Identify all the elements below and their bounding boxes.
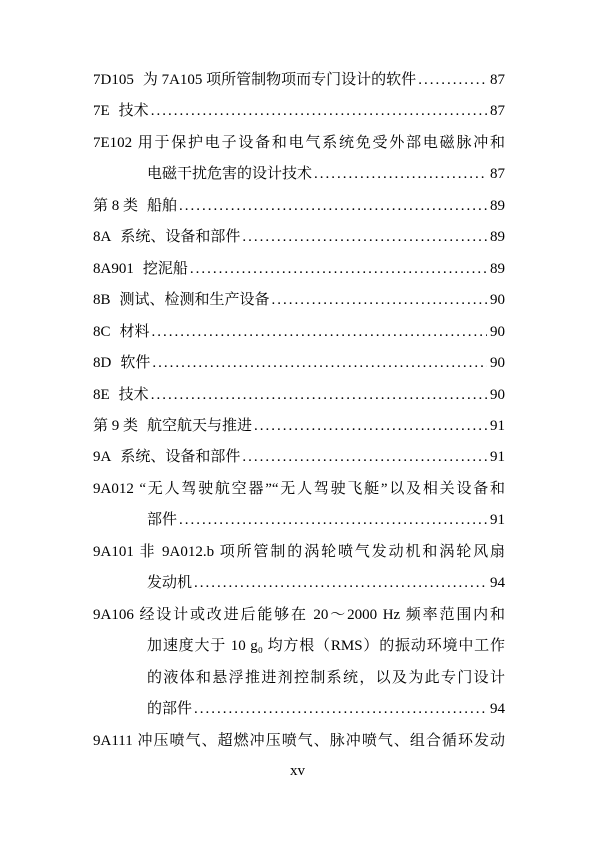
entry-page-number: 90 <box>490 317 505 348</box>
toc-entry: 9A106 经设计或改进后能够在 20～2000 Hz 频率范围内和 加速度大于… <box>93 600 505 726</box>
entry-page-number: 87 <box>490 96 505 127</box>
toc-entry: 9A111 冲压喷气、超燃冲压喷气、脉冲喷气、组合循环发动 <box>93 726 505 757</box>
entry-continuation-line: 发动机 ....................................… <box>93 568 505 599</box>
entry-title: 非 9A012.b 项所管制的涡轮喷气发动机和涡轮风扇 <box>139 544 505 560</box>
entry-code: 7E <box>93 96 110 127</box>
entry-continuation-line: 电磁干扰危害的设计技术 ............................… <box>93 159 505 190</box>
entry-continuation-line: 部件 .....................................… <box>93 505 505 536</box>
entry-continuation-line: 的部件 ....................................… <box>93 694 505 725</box>
entry-page-number: 94 <box>490 694 505 725</box>
dot-leader: ........................................… <box>194 568 487 599</box>
entry-code: 8A901 <box>93 254 134 285</box>
toc-entry: 9A101 非 9A012.b 项所管制的涡轮喷气发动机和涡轮风扇 发动机 ..… <box>93 537 505 600</box>
dot-leader: ........................................… <box>242 222 487 253</box>
toc-entry: 9A012 “无人驾驶航空器”“无人驾驶飞艇”以及相关设备和 部件 ......… <box>93 474 505 537</box>
entry-first-line: 7E102 用于保护电子设备和电气系统免受外部电磁脉冲和 <box>93 128 505 159</box>
dot-leader: ........................................… <box>151 380 487 411</box>
dot-leader: ........................................… <box>194 694 487 725</box>
entry-title: 冲压喷气、超燃冲压喷气、脉冲喷气、组合循环发动 <box>138 733 505 749</box>
entry-page-number: 91 <box>490 411 505 442</box>
entry-title: 系统、设备和部件 <box>120 222 240 253</box>
entry-first-line: 9A106 经设计或改进后能够在 20～2000 Hz 频率范围内和 <box>93 600 505 631</box>
entry-code: 8B <box>93 285 111 316</box>
dot-leader: ........................................… <box>151 96 487 127</box>
entry-title: 挖泥船 <box>143 254 188 285</box>
entry-title: 技术 <box>119 380 149 411</box>
toc-entry: 第 8 类 船舶 ...............................… <box>93 191 505 222</box>
entry-code: 第 8 类 <box>93 191 138 222</box>
entry-page-number: 91 <box>490 442 505 473</box>
dot-leader: ........................................… <box>242 442 487 473</box>
entry-page-number: 89 <box>490 191 505 222</box>
entry-title: 经设计或改进后能够在 20～2000 Hz 频率范围内和 <box>139 607 505 623</box>
dot-leader: ........................................… <box>254 411 487 442</box>
entry-title-continuation: 电磁干扰危害的设计技术 <box>147 159 312 190</box>
dot-leader: ........................................… <box>272 285 487 316</box>
entry-title-continuation: 加速度大于 10 g₀ 均方根（RMS）的振动环境中工作 <box>147 638 505 654</box>
entry-code: 8D <box>93 348 111 379</box>
toc-entry: 9A 系统、设备和部件 ............................… <box>93 442 505 473</box>
dot-leader: ........................................… <box>418 65 487 96</box>
entry-page-number: 90 <box>490 348 505 379</box>
table-of-contents: 7D105 为 7A105 项所管制物项而专门设计的软件 ...........… <box>93 65 505 757</box>
toc-entry: 8A901 挖泥船 ..............................… <box>93 254 505 285</box>
entry-title-continuation: 发动机 <box>147 568 192 599</box>
entry-code: 7D105 <box>93 65 134 96</box>
entry-title-continuation: 部件 <box>147 505 177 536</box>
entry-title: 航空航天与推进 <box>147 411 252 442</box>
dot-leader: ........................................… <box>179 191 487 222</box>
entry-title: 测试、检测和生产设备 <box>120 285 270 316</box>
entry-first-line: 9A012 “无人驾驶航空器”“无人驾驶飞艇”以及相关设备和 <box>93 474 505 505</box>
entry-first-line: 9A111 冲压喷气、超燃冲压喷气、脉冲喷气、组合循环发动 <box>93 726 505 757</box>
dot-leader: ........................................… <box>179 505 487 536</box>
entry-code: 8E <box>93 380 110 411</box>
entry-continuation-line: 的液体和悬浮推进剂控制系统，以及为此专门设计 <box>93 663 505 694</box>
entry-title: 材料 <box>120 317 150 348</box>
entry-code: 9A106 <box>93 607 134 623</box>
entry-code: 8C <box>93 317 111 348</box>
entry-title-continuation: 的部件 <box>147 694 192 725</box>
dot-leader: ........................................… <box>152 317 487 348</box>
dot-leader: ........................................… <box>314 159 487 190</box>
entry-title: 技术 <box>119 96 149 127</box>
entry-first-line: 9A101 非 9A012.b 项所管制的涡轮喷气发动机和涡轮风扇 <box>93 537 505 568</box>
footer-page-number: xv <box>0 763 595 780</box>
entry-page-number: 94 <box>490 568 505 599</box>
toc-entry: 8E 技术 ..................................… <box>93 380 505 411</box>
toc-entry: 7E 技术 ..................................… <box>93 96 505 127</box>
entry-code: 9A012 <box>93 481 134 497</box>
entry-title: 软件 <box>120 348 150 379</box>
entry-page-number: 89 <box>490 254 505 285</box>
entry-code: 9A111 <box>93 733 133 749</box>
entry-code: 7E102 <box>93 135 132 151</box>
toc-entry: 7E102 用于保护电子设备和电气系统免受外部电磁脉冲和 电磁干扰危害的设计技术… <box>93 128 505 191</box>
entry-continuation-line: 加速度大于 10 g₀ 均方根（RMS）的振动环境中工作 <box>93 631 505 662</box>
entry-page-number: 87 <box>490 65 505 96</box>
entry-page-number: 91 <box>490 505 505 536</box>
entry-code: 9A101 <box>93 544 134 560</box>
entry-title: 系统、设备和部件 <box>120 442 240 473</box>
entry-page-number: 89 <box>490 222 505 253</box>
toc-entry: 8B 测试、检测和生产设备 ..........................… <box>93 285 505 316</box>
entry-title-continuation: 的液体和悬浮推进剂控制系统，以及为此专门设计 <box>147 670 505 686</box>
toc-entry: 第 9 类 航空航天与推进 ..........................… <box>93 411 505 442</box>
entry-title: 船舶 <box>147 191 177 222</box>
toc-entry: 7D105 为 7A105 项所管制物项而专门设计的软件 ...........… <box>93 65 505 96</box>
entry-page-number: 90 <box>490 285 505 316</box>
entry-title: 用于保护电子设备和电气系统免受外部电磁脉冲和 <box>138 135 505 151</box>
toc-entry: 8D 软件 ..................................… <box>93 348 505 379</box>
toc-entry: 8A 系统、设备和部件 ............................… <box>93 222 505 253</box>
entry-title: “无人驾驶航空器”“无人驾驶飞艇”以及相关设备和 <box>139 481 505 497</box>
document-page: 7D105 为 7A105 项所管制物项而专门设计的软件 ...........… <box>0 0 595 841</box>
entry-code: 9A <box>93 442 111 473</box>
entry-page-number: 87 <box>490 159 505 190</box>
entry-code: 8A <box>93 222 111 253</box>
toc-entry: 8C 材料 ..................................… <box>93 317 505 348</box>
entry-title: 为 7A105 项所管制物项而专门设计的软件 <box>143 65 416 96</box>
dot-leader: ........................................… <box>190 254 487 285</box>
entry-page-number: 90 <box>490 380 505 411</box>
entry-code: 第 9 类 <box>93 411 138 442</box>
dot-leader: ........................................… <box>152 348 487 379</box>
